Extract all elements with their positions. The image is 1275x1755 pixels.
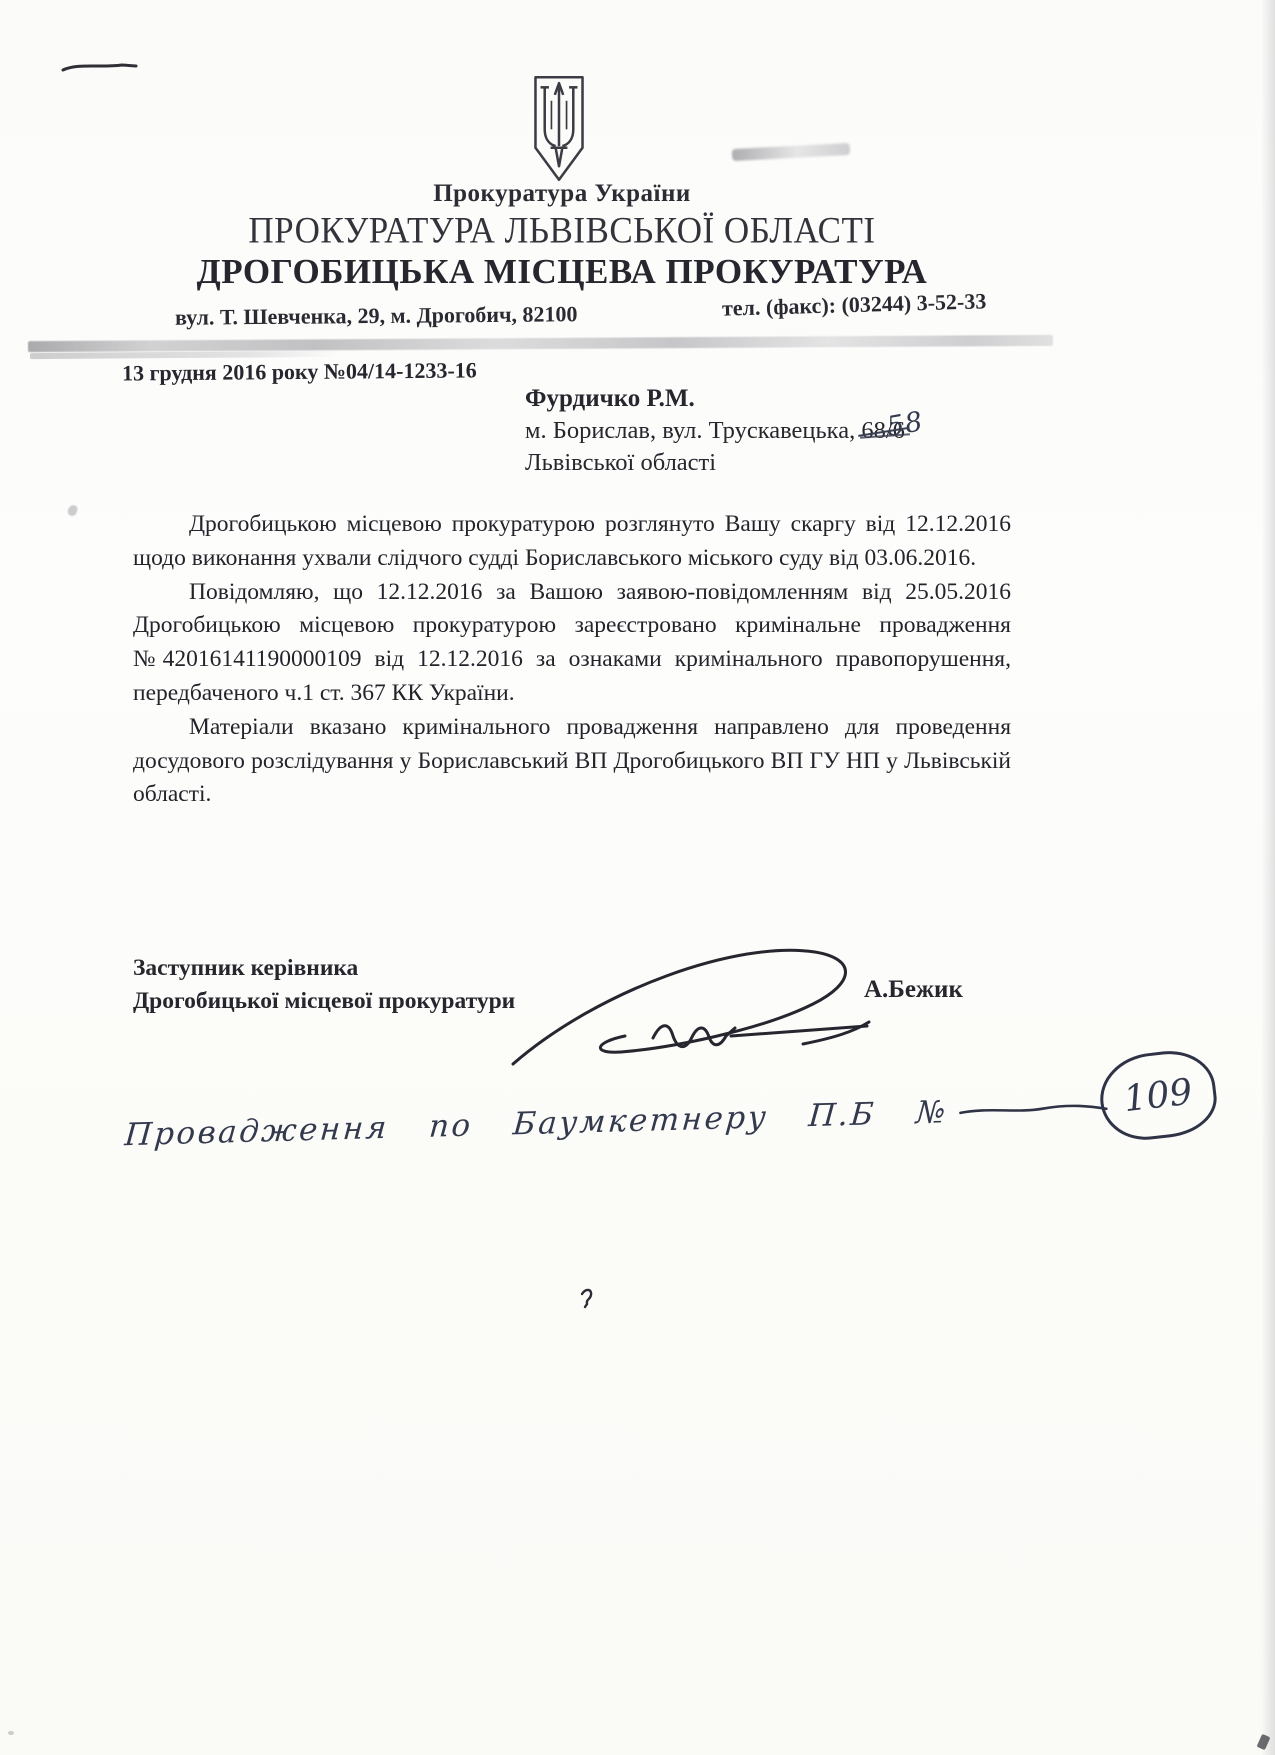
scan-smudge [732, 143, 850, 161]
signer-title: Заступник керівника Дрогобицької місцево… [133, 952, 515, 1018]
ink-speck-icon [578, 1286, 596, 1315]
org-local-line: ДРОГОБИЦЬКА МІСЦЕВА ПРОКУРАТУРА [0, 252, 1124, 292]
reference-line: 13 грудня 2016 року №04/14-1233-16 [122, 357, 477, 386]
handwritten-underline-icon [958, 1099, 1108, 1123]
trident-emblem-icon [517, 72, 601, 195]
scan-edge-shadow [1261, 0, 1275, 1755]
recipient-street: м. Борислав, вул. Трускавецька, [525, 417, 861, 444]
org-region-line: ПРОКУРАТУРА ЛЬВІВСЬКОЇ ОБЛАСТІ [0, 210, 1124, 252]
scan-speck [67, 504, 79, 517]
handwritten-note-text: Провадження по Баумкетнеру П.Б № [123, 1094, 949, 1153]
signer-name: А.Бежик [864, 976, 963, 1004]
handwritten-circled-number: 109 [1095, 1046, 1220, 1145]
scanned-letter-page: Прокуратура України ПРОКУРАТУРА ЛЬВІВСЬК… [0, 0, 1275, 1755]
handwritten-note: Провадження по Баумкетнеру П.Б № 109 [123, 1051, 1216, 1153]
recipient-house-handwritten: 58 [884, 406, 925, 444]
signer-title-line1: Заступник керівника [133, 952, 515, 985]
letter-body: Дрогобицькою місцевою прокуратурою розгл… [133, 508, 1011, 812]
signer-title-line2: Дрогобицької місцевої прокуратури [133, 985, 515, 1018]
recipient-block: Фурдичко Р.М. м. Борислав, вул. Трускаве… [525, 383, 905, 479]
stray-pen-mark-icon [60, 60, 140, 79]
paragraph-2: Повідомляю, що 12.12.2016 за Вашою заяво… [133, 576, 1011, 711]
paragraph-3: Матеріали вказано кримінального провадже… [133, 711, 1011, 812]
header-divider-smear [30, 351, 340, 359]
scan-dust [8, 1731, 14, 1735]
org-address: вул. Т. Шевченка, 29, м. Дрогобич, 82100 [175, 301, 578, 331]
header-divider [28, 335, 1053, 352]
paragraph-1: Дрогобицькою місцевою прокуратурою розгл… [133, 508, 1011, 576]
org-country-line: Прокуратура України [0, 180, 1124, 208]
org-phone: тел. (факс): (03244) 3-52-33 [722, 288, 987, 321]
recipient-address: м. Борислав, вул. Трускавецька, 68/6 [525, 415, 905, 447]
recipient-name: Фурдичко Р.М. [525, 383, 905, 415]
recipient-region: Львівської області [525, 447, 905, 479]
